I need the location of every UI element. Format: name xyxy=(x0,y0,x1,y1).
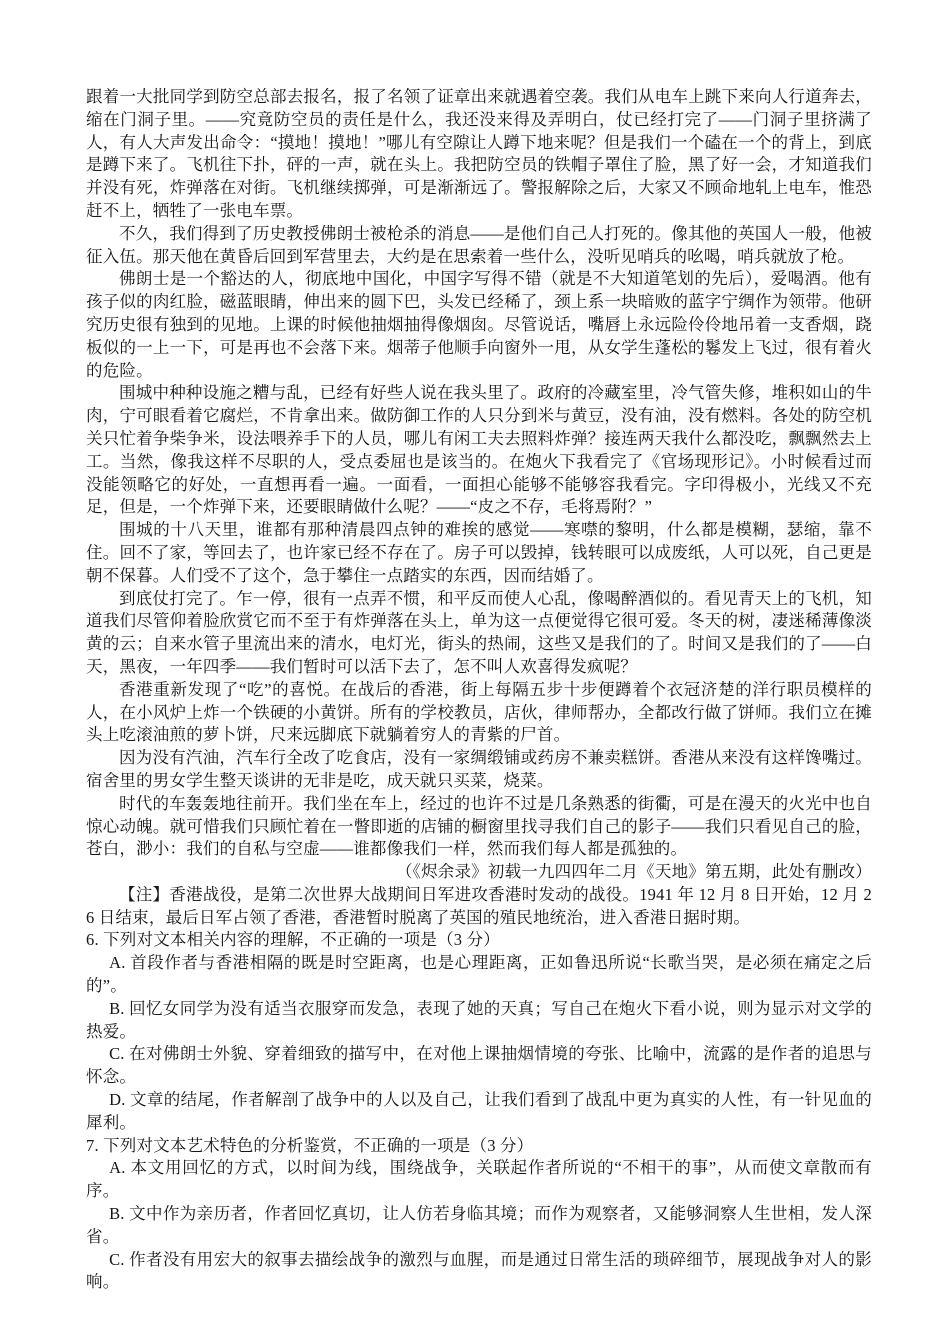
question-block-6: 6. 下列对文本相关内容的理解，不正确的一项是（3 分）A. 首段作者与香港相隔… xyxy=(86,929,872,1134)
question-option-d: D. 文章的结尾，作者解剖了战争中的人以及自己，让我们看到了战乱中更为真实的人性… xyxy=(86,1089,872,1135)
passage-paragraph-4: 围城中种种设施之糟与乱，已经有好些人说在我头里了。政府的冷藏室里，冷气管失修，堆… xyxy=(86,382,872,519)
passage-paragraph-2: 不久，我们得到了历史教授佛朗士被枪杀的消息——是他们自己人打死的。像其他的英国人… xyxy=(86,223,872,269)
source-attribution: （《烬余录》初载一九四四年二月《天地》第五期，此处有删改） xyxy=(86,861,872,884)
question-stem: 6. 下列对文本相关内容的理解，不正确的一项是（3 分） xyxy=(86,929,872,952)
question-stem: 7. 下列对文本艺术特色的分析鉴赏，不正确的一项是（3 分） xyxy=(86,1135,872,1158)
question-option-a: A. 首段作者与香港相隔的既是时空距离，也是心理距离，正如鲁迅所说“长歌当哭，是… xyxy=(86,952,872,998)
questions-section: 6. 下列对文本相关内容的理解，不正确的一项是（3 分）A. 首段作者与香港相隔… xyxy=(86,929,872,1294)
passage-paragraph-5: 围城的十八天里，谁都有那种清晨四点钟的难挨的感觉——寒噤的黎明，什么都是模糊，瑟… xyxy=(86,519,872,587)
passage-paragraph-6: 到底仗打完了。乍一停，很有一点弄不惯，和平反而使人心乱，像喝醉酒似的。看见青天上… xyxy=(86,588,872,679)
passage-paragraph-1: 跟着一大批同学到防空总部去报名，报了名领了证章出来就遇着空袭。我们从电车上跳下来… xyxy=(86,86,872,223)
reading-passage: 跟着一大批同学到防空总部去报名，报了名领了证章出来就遇着空袭。我们从电车上跳下来… xyxy=(86,86,872,861)
exam-page: 跟着一大批同学到防空总部去报名，报了名领了证章出来就遇着空袭。我们从电车上跳下来… xyxy=(0,0,950,1344)
passage-paragraph-9: 时代的车轰轰地往前开。我们坐在车上，经过的也许不过是几条熟悉的街衢，可是在漫天的… xyxy=(86,793,872,861)
question-option-c: C. 在对佛朗士外貌、穿着细致的描写中，在对他上课抽烟情境的夸张、比喻中，流露的… xyxy=(86,1043,872,1089)
passage-note: 【注】香港战役，是第二次世界大战期间日军进攻香港时发动的战役。1941 年 12… xyxy=(86,884,872,930)
question-option-b: B. 回忆女同学为没有适当衣服穿而发急，表现了她的天真；写自己在炮火下看小说，则… xyxy=(86,998,872,1044)
question-option-c: C. 作者没有用宏大的叙事去描绘战争的激烈与血腥，而是通过日常生活的琐碎细节，展… xyxy=(86,1249,872,1295)
question-option-a: A. 本文用回忆的方式，以时间为线，围绕战争，关联起作者所说的“不相干的事”，从… xyxy=(86,1157,872,1203)
question-block-7: 7. 下列对文本艺术特色的分析鉴赏，不正确的一项是（3 分）A. 本文用回忆的方… xyxy=(86,1135,872,1295)
passage-paragraph-3: 佛朗士是一个豁达的人，彻底地中国化，中国字写得不错（就是不大知道笔划的先后），爱… xyxy=(86,268,872,382)
passage-paragraph-7: 香港重新发现了“吃”的喜悦。在战后的香港，街上每隔五步十步便蹲着个衣冠济楚的洋行… xyxy=(86,679,872,747)
question-option-b: B. 文中作为亲历者，作者回忆真切，让人仿若身临其境；而作为观察者，又能够洞察人… xyxy=(86,1203,872,1249)
passage-paragraph-8: 因为没有汽油，汽车行全改了吃食店，没有一家绸缎铺或药房不兼卖糕饼。香港从来没有这… xyxy=(86,747,872,793)
